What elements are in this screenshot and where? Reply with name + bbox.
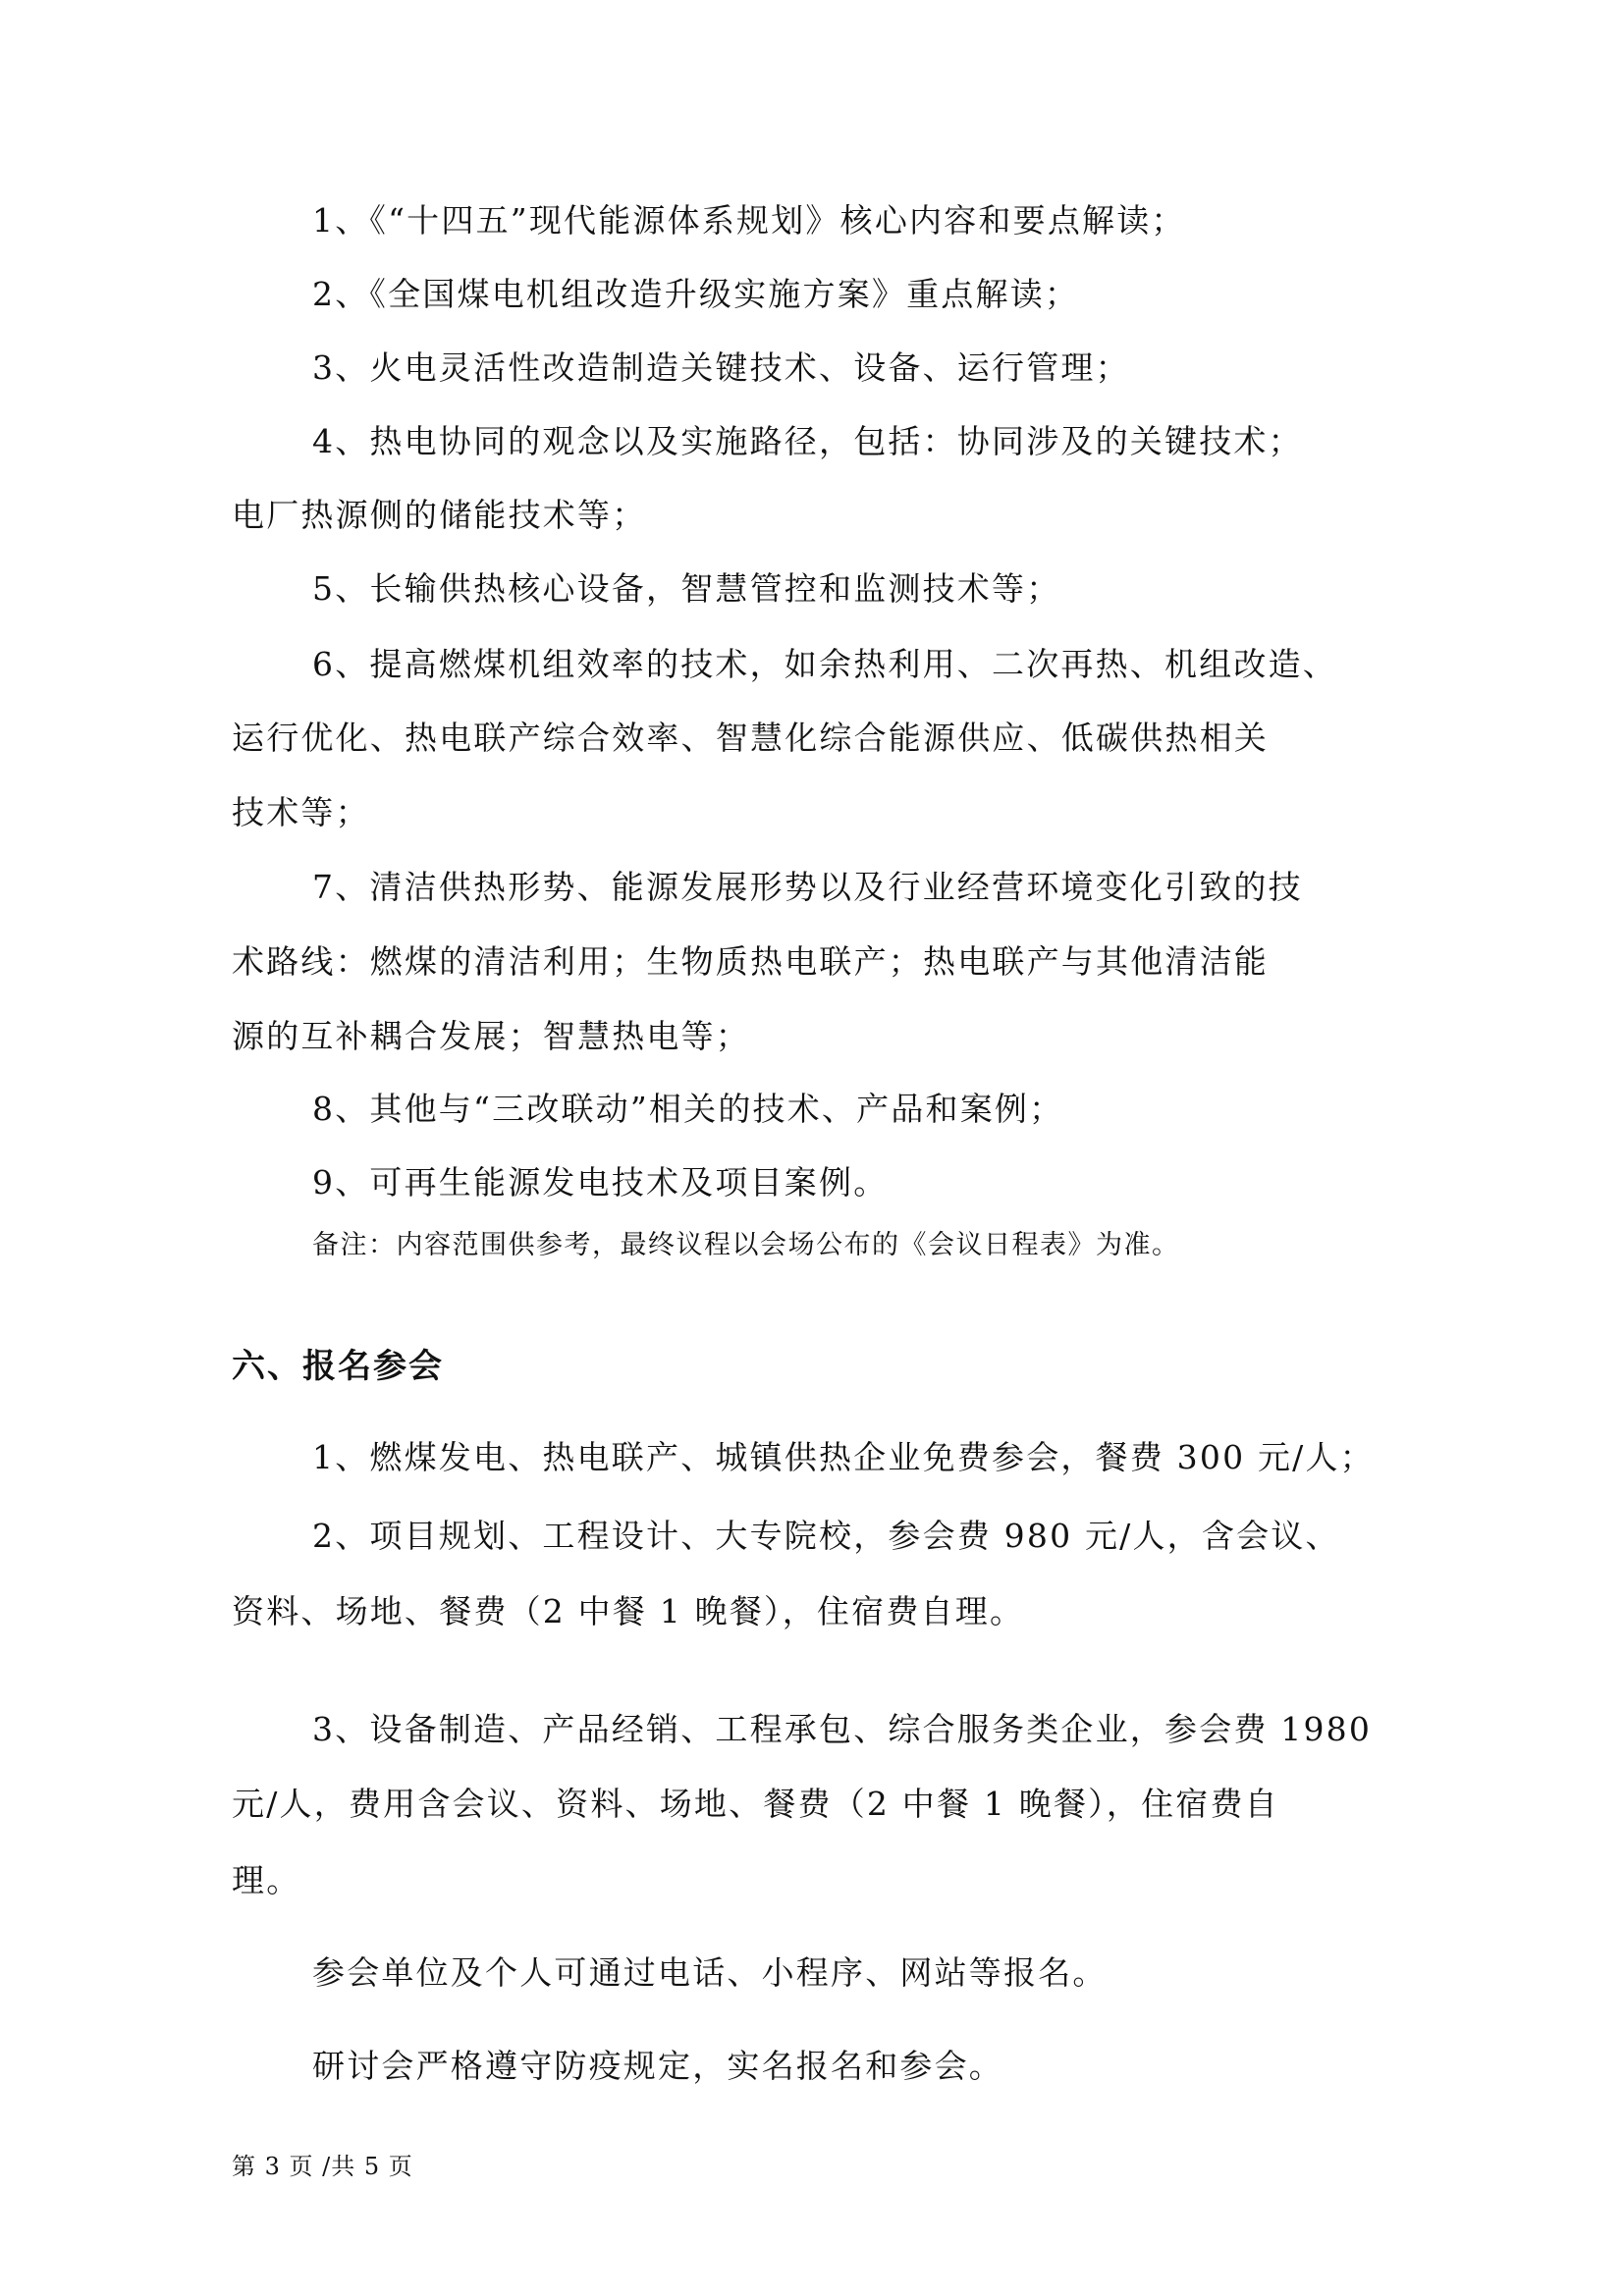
registration-item-3-line-1: 3、设备制造、产品经销、工程承包、综合服务类企业，参会费 1980 (312, 1710, 1372, 1749)
agenda-item-7-line-2: 术路线：燃煤的清洁利用；生物质热电联产；热电联产与其他清洁能 (232, 942, 1269, 982)
agenda-item-3: 3、火电灵活性改造制造关键技术、设备、运行管理； (312, 348, 1130, 388)
registration-item-2-line-2: 资料、场地、餐费（2 中餐 1 晚餐），住宿费自理。 (232, 1592, 1024, 1631)
agenda-item-8: 8、其他与“三改联动”相关的技术、产品和案例； (312, 1090, 1063, 1129)
registration-item-2-line-1: 2、项目规划、工程设计、大专院校，参会费 980 元/人，含会议、 (312, 1517, 1340, 1556)
section-heading-registration: 六、报名参会 (232, 1347, 444, 1386)
agenda-item-6-line-1: 6、提高燃煤机组效率的技术，如余热利用、二次再热、机组改造、 (312, 645, 1337, 684)
agenda-item-4-line-2: 电厂热源侧的储能技术等； (232, 496, 646, 535)
agenda-item-9: 9、可再生能源发电技术及项目案例。 (312, 1163, 888, 1202)
registration-item-1: 1、燃煤发电、热电联产、城镇供热企业免费参会，餐费 300 元/人； (312, 1438, 1375, 1477)
agenda-item-1: 1、《“十四五”现代能源体系规划》核心内容和要点解读； (312, 201, 1186, 240)
agenda-item-7-line-1: 7、清洁供热形势、能源发展形势以及行业经营环境变化引致的技 (312, 868, 1303, 907)
agenda-item-6-line-3: 技术等； (232, 793, 370, 832)
agenda-item-7-line-3: 源的互补耦合发展；智慧热电等； (232, 1017, 750, 1056)
agenda-item-2: 2、《全国煤电机组改造升级实施方案》重点解读； (312, 275, 1079, 314)
agenda-item-6-line-2: 运行优化、热电联产综合效率、智慧化综合能源供应、低碳供热相关 (232, 719, 1269, 758)
document-page: 1、《“十四五”现代能源体系规划》核心内容和要点解读； 2、《全国煤电机组改造升… (0, 0, 1624, 2296)
registration-methods: 参会单位及个人可通过电话、小程序、网站等报名。 (312, 1953, 1108, 1993)
agenda-item-5: 5、长输供热核心设备，智慧管控和监测技术等； (312, 569, 1060, 609)
agenda-item-4-line-1: 4、热电协同的观念以及实施路径，包括：协同涉及的关键技术； (312, 422, 1303, 461)
registration-item-3-line-2: 元/人，费用含会议、资料、场地、餐费（2 中餐 1 晚餐），住宿费自 (232, 1785, 1279, 1824)
page-indicator: 第 3 页 /共 5 页 (232, 2152, 413, 2181)
registration-item-3-line-3: 理。 (232, 1861, 300, 1900)
covid-notice: 研讨会严格遵守防疫规定，实名报名和参会。 (312, 2047, 1003, 2086)
agenda-note: 备注：内容范围供参考，最终议程以会场公布的《会议日程表》为准。 (312, 1229, 1180, 1262)
